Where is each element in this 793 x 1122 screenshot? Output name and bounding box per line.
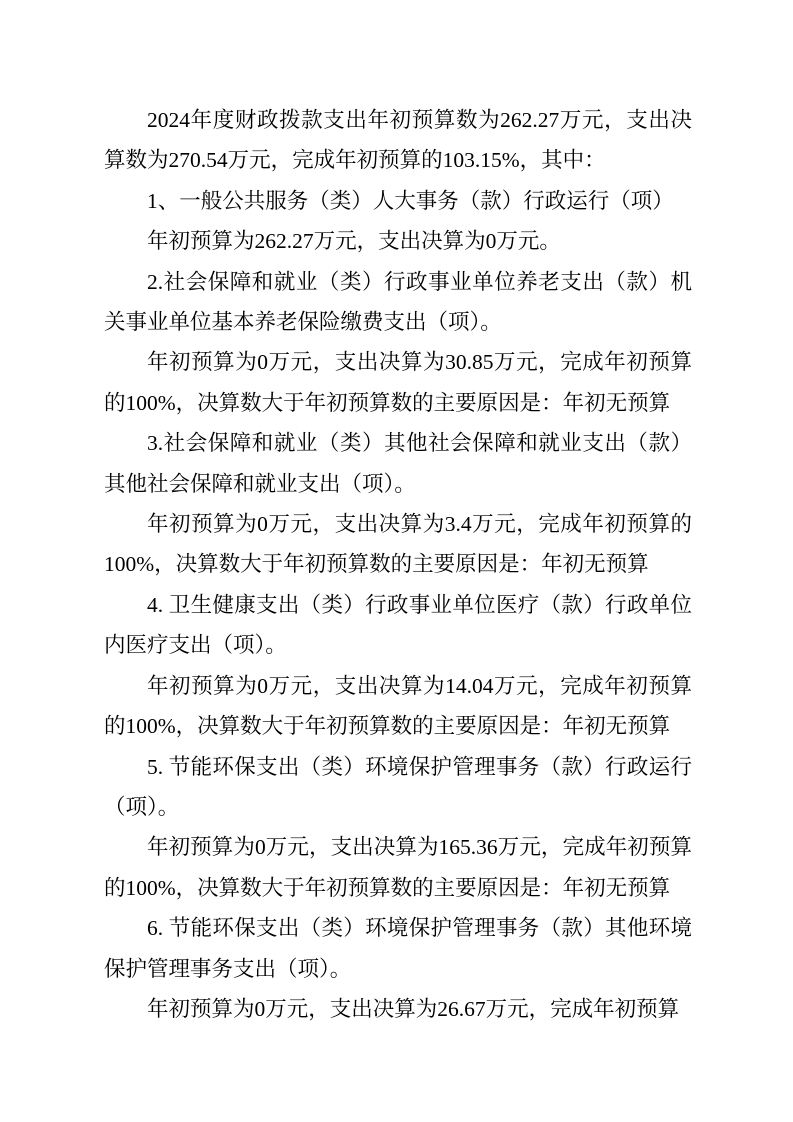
paragraph-item-4-detail: 年初预算为0万元，支出决算为14.04万元，完成年初预算的100%，决算数大于年… (104, 666, 692, 747)
paragraph-item-2-detail: 年初预算为0万元，支出决算为30.85万元，完成年初预算的100%，决算数大于年… (104, 342, 692, 423)
paragraph-item-1-title: 1、一般公共服务（类）人大事务（款）行政运行（项） (104, 181, 692, 221)
document-page: 2024年度财政拨款支出年初预算数为262.27万元，支出决算数为270.54万… (0, 0, 793, 1122)
paragraph-item-3-title: 3.社会保障和就业（类）其他社会保障和就业支出（款）其他社会保障和就业支出（项）… (104, 423, 692, 504)
paragraph-item-2-title: 2.社会保障和就业（类）行政事业单位养老支出（款）机关事业单位基本养老保险缴费支… (104, 262, 692, 343)
paragraph-item-6-title: 6. 节能环保支出（类）环境保护管理事务（款）其他环境保护管理事务支出（项）。 (104, 908, 692, 989)
paragraph-item-5-detail: 年初预算为0万元，支出决算为165.36万元，完成年初预算的100%，决算数大于… (104, 827, 692, 908)
paragraph-item-1-detail: 年初预算为262.27万元，支出决算为0万元。 (104, 221, 692, 261)
paragraph-item-6-detail: 年初预算为0万元，支出决算为26.67万元，完成年初预算 (104, 989, 692, 1029)
paragraph-item-4-title: 4. 卫生健康支出（类）行政事业单位医疗（款）行政单位内医疗支出（项）。 (104, 585, 692, 666)
document-body: 2024年度财政拨款支出年初预算数为262.27万元，支出决算数为270.54万… (104, 100, 692, 1029)
paragraph-item-3-detail: 年初预算为0万元，支出决算为3.4万元，完成年初预算的100%，决算数大于年初预… (104, 504, 692, 585)
paragraph-item-5-title: 5. 节能环保支出（类）环境保护管理事务（款）行政运行（项）。 (104, 747, 692, 828)
paragraph-intro: 2024年度财政拨款支出年初预算数为262.27万元，支出决算数为270.54万… (104, 100, 692, 181)
